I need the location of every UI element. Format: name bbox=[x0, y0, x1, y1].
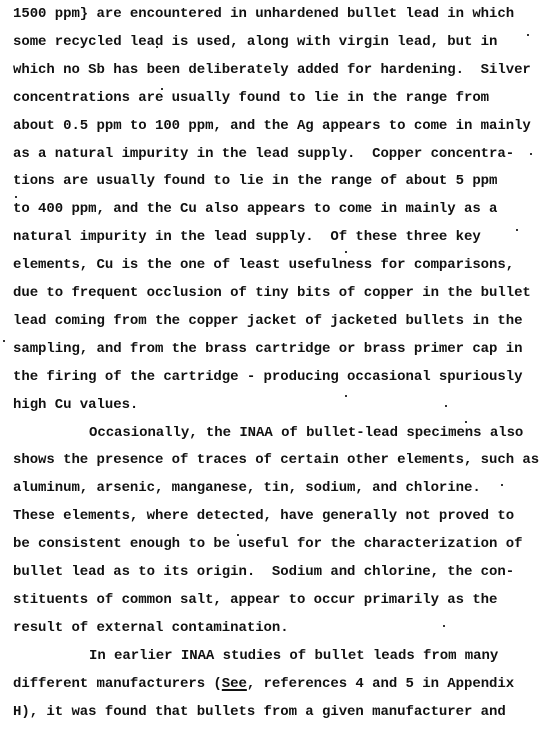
scan-speck bbox=[15, 196, 17, 198]
text-line: the firing of the cartridge - producing … bbox=[13, 369, 522, 385]
text-line: Occasionally, the INAA of bullet-lead sp… bbox=[89, 425, 523, 441]
text-line: due to frequent occlusion of tiny bits o… bbox=[13, 285, 531, 301]
text-line: aluminum, arsenic, manganese, tin, sodiu… bbox=[13, 480, 481, 496]
text-line: stituents of common salt, appear to occu… bbox=[13, 592, 497, 608]
text-line: lead coming from the copper jacket of ja… bbox=[13, 313, 522, 329]
text-line: about 0.5 ppm to 100 ppm, and the Ag app… bbox=[13, 118, 531, 134]
text-line: concentrations are usually found to lie … bbox=[13, 90, 489, 106]
scan-speck bbox=[156, 46, 158, 48]
text-line: These elements, where detected, have gen… bbox=[13, 508, 514, 524]
underlined-citation: See bbox=[222, 676, 247, 692]
scan-speck bbox=[530, 153, 532, 155]
scan-speck bbox=[3, 340, 5, 342]
document-page: 1500 ppm} are encountered in unhardened … bbox=[0, 0, 547, 732]
text-line: some recycled lead is used, along with v… bbox=[13, 34, 497, 50]
text-line: be consistent enough to be useful for th… bbox=[13, 536, 522, 552]
scan-speck bbox=[345, 251, 347, 253]
scan-speck bbox=[443, 625, 445, 627]
text-segment: different manufacturers ( bbox=[13, 676, 222, 692]
text-line: H), it was found that bullets from a giv… bbox=[13, 704, 506, 720]
text-line: different manufacturers (See, references… bbox=[13, 676, 514, 692]
text-line: sampling, and from the brass cartridge o… bbox=[13, 341, 522, 357]
text-segment: , references 4 and 5 in Appendix bbox=[247, 676, 514, 692]
scan-speck bbox=[345, 395, 347, 397]
text-line: which no Sb has been deliberately added … bbox=[13, 62, 531, 78]
scan-speck bbox=[161, 88, 163, 90]
scan-speck bbox=[516, 229, 518, 231]
text-line: In earlier INAA studies of bullet leads … bbox=[89, 648, 498, 664]
scan-speck bbox=[445, 405, 447, 407]
text-line: as a natural impurity in the lead supply… bbox=[13, 146, 514, 162]
text-line: bullet lead as to its origin. Sodium and… bbox=[13, 564, 514, 580]
text-line: result of external contamination. bbox=[13, 620, 289, 636]
text-line: shows the presence of traces of certain … bbox=[13, 452, 539, 468]
scan-speck bbox=[527, 34, 529, 36]
text-line: tions are usually found to lie in the ra… bbox=[13, 173, 497, 189]
text-line: high Cu values. bbox=[13, 397, 138, 413]
text-line: natural impurity in the lead supply. Of … bbox=[13, 229, 481, 245]
scan-speck bbox=[237, 534, 239, 536]
scan-speck bbox=[465, 421, 467, 423]
text-line: to 400 ppm, and the Cu also appears to c… bbox=[13, 201, 497, 217]
scan-speck bbox=[501, 484, 503, 486]
text-line: 1500 ppm} are encountered in unhardened … bbox=[13, 6, 514, 22]
text-line: elements, Cu is the one of least usefuln… bbox=[13, 257, 514, 273]
